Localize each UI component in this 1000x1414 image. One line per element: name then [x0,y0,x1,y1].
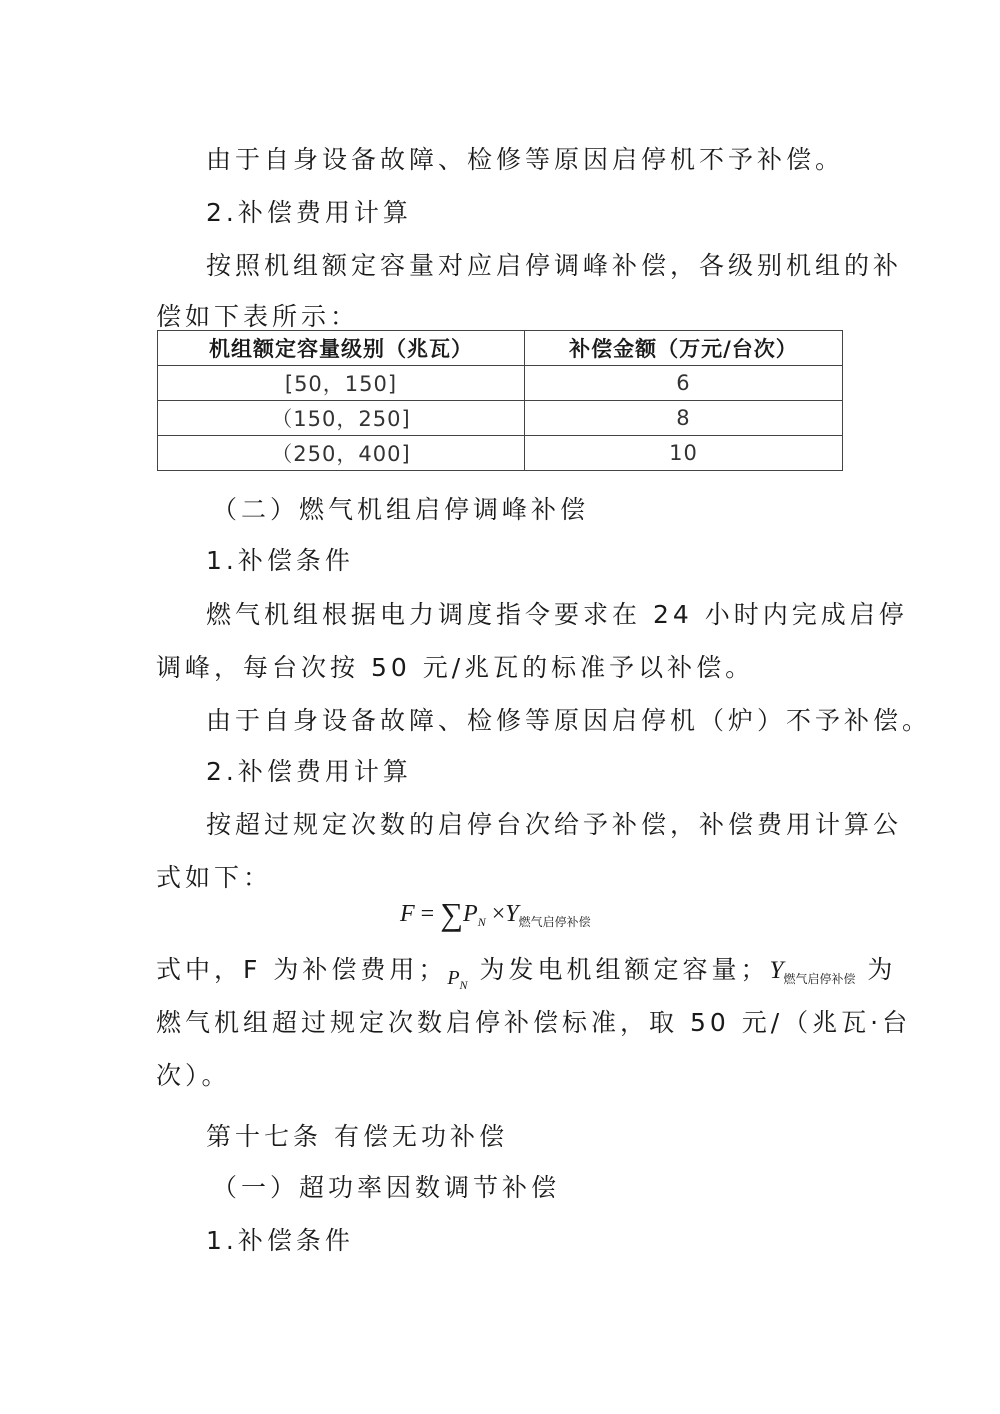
paragraph-formula-intro: 按超过规定次数的启停台次给予补偿，补偿费用计算公 [206,805,902,841]
compensation-table: 机组额定容量级别（兆瓦） 补偿金额（万元/台次） [50，150] 6 （150… [157,330,843,471]
section-power-factor: （一）超功率因数调节补偿 [212,1168,560,1204]
y-symbol: Y燃气启停补偿 [770,957,856,984]
table-row: （150，250] 8 [158,401,843,436]
section-gas-units: （二）燃气机组启停调峰补偿 [212,490,589,526]
pn-symbol: PN [447,967,467,989]
heading-conditions: 1.补偿条件 [206,541,354,577]
explanation-part3: 为 [867,955,896,984]
table-cell: 10 [524,436,842,471]
explanation-part2: 为发电机组额定容量； [480,955,770,984]
paragraph-formula-explanation: 式中，F 为补偿费用；PN 为发电机组额定容量；Y燃气启停补偿 为 [156,950,896,993]
paragraph-table-intro: 按照机组额定容量对应启停调峰补偿，各级别机组的补 [206,246,902,282]
compensation-formula: F = ∑PN ×Y燃气启停补偿 [400,896,591,933]
formula-sigma: ∑ [440,896,463,932]
table-cell: 6 [524,366,842,401]
table-header-row: 机组额定容量级别（兆瓦） 补偿金额（万元/台次） [158,331,843,366]
table-header-capacity: 机组额定容量级别（兆瓦） [158,331,525,366]
formula-p: P [463,901,478,927]
y-y: Y [770,957,784,984]
table-cell: （250，400] [158,436,525,471]
paragraph-formula-explanation-end: 次）。 [156,1056,231,1092]
pn-p: P [447,967,459,989]
formula-eq: = [415,901,441,927]
paragraph-gas-conditions: 燃气机组根据电力调度指令要求在 24 小时内完成启停 [206,595,908,631]
heading-fee-calc: 2.补偿费用计算 [206,193,412,229]
table-row: [50，150] 6 [158,366,843,401]
formula-f: F [400,901,415,927]
formula-y: Y [505,901,518,927]
table-cell: 8 [524,401,842,436]
formula-times: × [486,901,506,927]
formula-p-sub: N [478,915,486,929]
paragraph-formula-intro-cont: 式如下： [156,858,272,894]
paragraph-table-intro-cont: 偿如下表所示： [156,297,359,333]
y-sub: 燃气启停补偿 [783,972,855,986]
table-header-amount: 补偿金额（万元/台次） [524,331,842,366]
paragraph-formula-explanation-cont: 燃气机组超过规定次数启停补偿标准，取 50 元/（兆瓦·台 [156,1003,911,1039]
paragraph-no-compensation: 由于自身设备故障、检修等原因启停机不予补偿。 [206,140,844,176]
table-row: （250，400] 10 [158,436,843,471]
explanation-part1: 式中，F 为补偿费用； [156,955,447,984]
article-17-heading: 第十七条 有偿无功补偿 [206,1117,508,1153]
heading-conditions-2: 1.补偿条件 [206,1221,354,1257]
heading-fee-calc-2: 2.补偿费用计算 [206,752,412,788]
pn-sub: N [460,978,468,992]
paragraph-gas-no-compensation: 由于自身设备故障、检修等原因启停机（炉）不予补偿。 [206,701,931,737]
table-cell: [50，150] [158,366,525,401]
formula-y-sub: 燃气启停补偿 [519,915,591,929]
table-cell: （150，250] [158,401,525,436]
paragraph-gas-conditions-cont: 调峰，每台次按 50 元/兆瓦的标准予以补偿。 [156,648,754,684]
